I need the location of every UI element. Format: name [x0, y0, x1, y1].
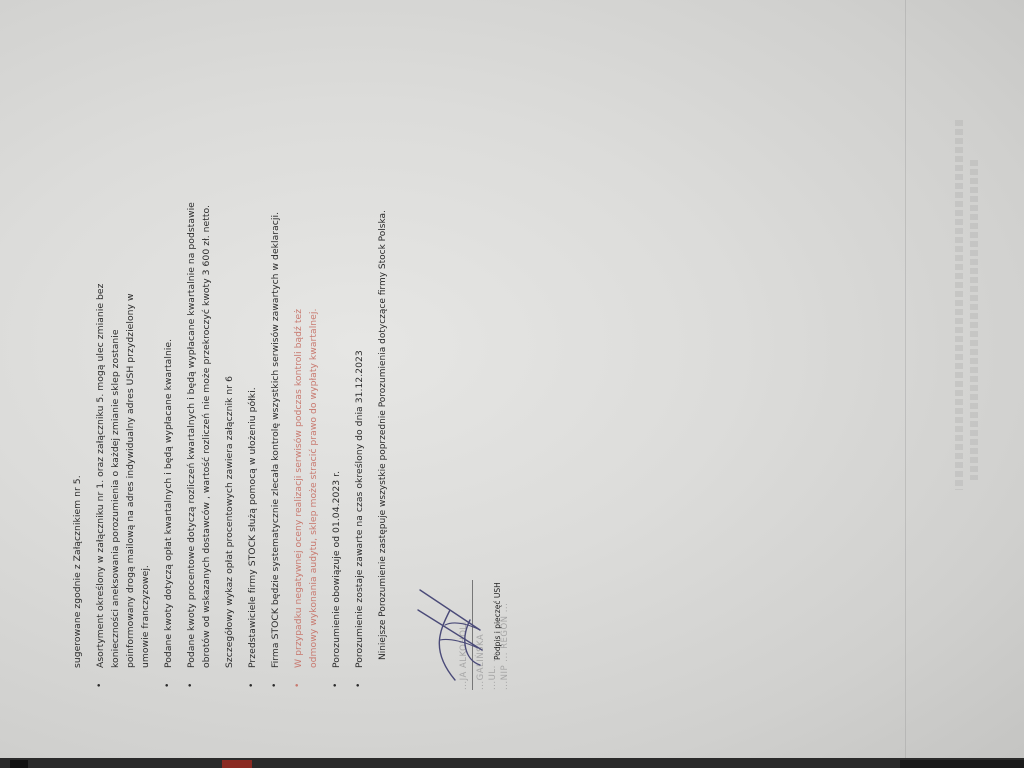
bullet-item: •Porozumienie zostaje zawarte na czas ok…: [352, 50, 367, 690]
bullet-item: •Porozumienie obowiązuje od 01.04.2023 r…: [329, 50, 344, 690]
bullet-line: Asortyment określony w załączniku nr 1. …: [93, 50, 108, 668]
bleed-through-text: [970, 160, 978, 480]
background-object: [900, 760, 1024, 768]
bullet-icon: •: [329, 683, 344, 688]
bullet-line: Porozumienie zostaje zawarte na czas okr…: [352, 50, 367, 668]
page-fold: [905, 0, 906, 768]
document-body: sugerowane zgodnie z Załącznikiem nr 5.•…: [70, 50, 375, 690]
bullet-line: Przedstawiciele firmy STOCK służą pomocą…: [245, 50, 260, 668]
bullet-icon: •: [161, 683, 176, 688]
bullet-line: Podane kwoty dotyczą opłat kwartalnych i…: [161, 50, 176, 668]
bullet-line: poinformowany drogą mailową na adres ind…: [123, 50, 138, 668]
bullet-item: •Przedstawiciele firmy STOCK służą pomoc…: [245, 50, 260, 690]
bullet-line: umowie franczyzowej.: [138, 50, 153, 668]
bullet-item: •Podane kwoty dotyczą opłat kwartalnych …: [161, 50, 176, 690]
bullet-item: •W przypadku negatywnej oceny realizacji…: [291, 50, 321, 690]
background-object: [222, 760, 252, 768]
bullet-item: •Podane kwoty procentowe dotyczą rozlicz…: [184, 50, 214, 690]
bullet-line: odmowy wykonania audytu, sklep może stra…: [306, 50, 321, 668]
closing-statement: Niniejsze Porozumienie zastępuje wszystk…: [378, 210, 388, 660]
bullet-line: Firma STOCK będzie systematycznie zlecał…: [268, 50, 283, 668]
bullet-line: W przypadku negatywnej oceny realizacji …: [291, 50, 306, 668]
bullet-line: Podane kwoty procentowe dotyczą rozlicze…: [184, 50, 199, 668]
background-object: [10, 760, 28, 768]
bullet-line: konieczności aneksowania porozumienia o …: [108, 50, 123, 668]
bullet-icon: •: [93, 683, 108, 688]
paragraph: Szczegółowy wykaz opłat procentowych zaw…: [222, 50, 237, 690]
bullet-line: Porozumienie obowiązuje od 01.04.2023 r.: [329, 50, 344, 668]
bullet-icon: •: [245, 683, 260, 688]
paragraph: sugerowane zgodnie z Załącznikiem nr 5.: [70, 50, 85, 690]
handwritten-signature: [410, 570, 520, 690]
bleed-through-text: [955, 120, 963, 490]
signature-label: Podpis i pieczęć USH: [493, 582, 502, 660]
bullet-line: obrotów od wskazanych dostawców , wartoś…: [199, 50, 214, 668]
bullet-item: •Asortyment określony w załączniku nr 1.…: [93, 50, 153, 690]
bullet-icon: •: [291, 683, 306, 688]
signature-block: ...JA ALKOHOLI...GALIŃSKA...UL. ......NI…: [410, 480, 550, 700]
bullet-item: •Firma STOCK będzie systematycznie zleca…: [268, 50, 283, 690]
bullet-icon: •: [352, 683, 367, 688]
bullet-icon: •: [184, 683, 199, 688]
background-under-paper: [0, 758, 1024, 768]
bullet-icon: •: [268, 683, 283, 688]
